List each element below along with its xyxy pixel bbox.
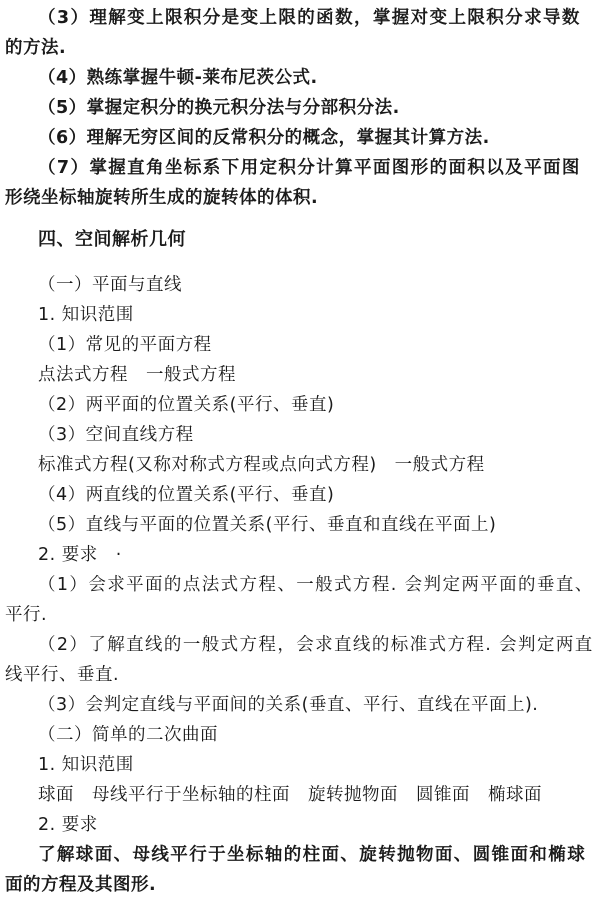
- list-heading: 2. 要求 ·: [0, 540, 614, 570]
- text-line: 的方法.: [0, 33, 614, 63]
- text-line: 线平行、垂直.: [0, 660, 614, 690]
- list-item: （1）常见的平面方程: [0, 330, 614, 360]
- document-page: （3）理解变上限积分是变上限的函数，掌握对变上限积分求导数 的方法. （4）熟练…: [0, 0, 614, 899]
- list-heading: 1. 知识范围: [0, 750, 614, 780]
- text-line: 球面 母线平行于坐标轴的柱面 旋转抛物面 圆锥面 椭球面: [0, 780, 614, 810]
- text-line: （7）掌握直角坐标系下用定积分计算平面图形的面积以及平面图: [0, 153, 614, 183]
- text-line: （6）理解无穷区间的反常积分的概念，掌握其计算方法.: [0, 123, 614, 153]
- text-line: （3）理解变上限积分是变上限的函数，掌握对变上限积分求导数: [0, 3, 614, 33]
- text-line: （5）掌握定积分的换元积分法与分部积分法.: [0, 93, 614, 123]
- text-line: 形绕坐标轴旋转所生成的旋转体的体积.: [0, 183, 614, 213]
- text-line: 平行.: [0, 600, 614, 630]
- text-line: 标准式方程(又称对称式方程或点向式方程) 一般式方程: [0, 450, 614, 480]
- subsection-heading: （一）平面与直线: [0, 270, 614, 300]
- list-item: （4）两直线的位置关系(平行、垂直): [0, 480, 614, 510]
- list-heading: 1. 知识范围: [0, 300, 614, 330]
- list-item: （1）会求平面的点法式方程、一般式方程. 会判定两平面的垂直、: [0, 570, 614, 600]
- subsection-heading: （二）简单的二次曲面: [0, 720, 614, 750]
- text-line: 面的方程及其图形.: [0, 870, 614, 899]
- list-item: （3）空间直线方程: [0, 420, 614, 450]
- section-heading: 四、空间解析几何: [0, 225, 614, 255]
- list-item: （2）两平面的位置关系(平行、垂直): [0, 390, 614, 420]
- text-line: 点法式方程 一般式方程: [0, 360, 614, 390]
- text-line: （4）熟练掌握牛顿-莱布尼茨公式.: [0, 63, 614, 93]
- text-line: 了解球面、母线平行于坐标轴的柱面、旋转抛物面、圆锥面和椭球: [0, 840, 614, 870]
- list-heading: 2. 要求: [0, 810, 614, 840]
- list-item: （3）会判定直线与平面间的关系(垂直、平行、直线在平面上).: [0, 690, 614, 720]
- list-item: （2）了解直线的一般式方程，会求直线的标准式方程. 会判定两直: [0, 630, 614, 660]
- list-item: （5）直线与平面的位置关系(平行、垂直和直线在平面上): [0, 510, 614, 540]
